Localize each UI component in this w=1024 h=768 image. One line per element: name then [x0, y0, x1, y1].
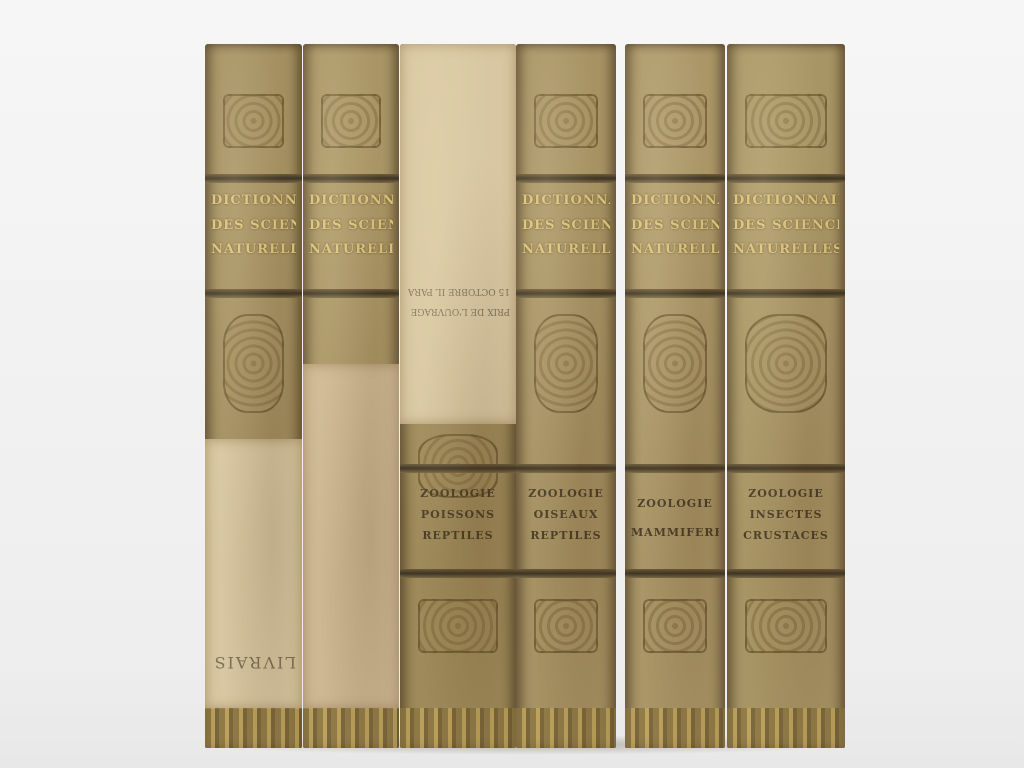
spine-band — [516, 289, 616, 298]
spine-ornament — [745, 599, 827, 653]
spine-foot — [625, 708, 725, 748]
spine-ornament — [643, 314, 707, 413]
book-spine-5: DICTIONNAIREDES SCIENCESNATURELLES ZOOLO… — [625, 44, 725, 748]
spine-ornament — [745, 94, 827, 148]
spine-title: DICTIONNAIREDES SCIENCESNATURELLES — [522, 189, 610, 263]
spine-ornament — [643, 599, 707, 653]
spine-title: DICTIONNAIREDES SCIENCESNATURELLES — [733, 189, 839, 263]
spine-ornament — [223, 94, 284, 148]
spine-ornament — [534, 314, 598, 413]
spine-band — [727, 464, 845, 473]
spine-band — [516, 464, 616, 473]
spine-title: DICTIONNAIREDES SCIENCESNATURELLES — [631, 189, 719, 263]
spine-foot — [727, 708, 845, 748]
spine-foot — [516, 708, 616, 748]
spine-subject: ZOOLOGIEINSECTESCRUSTACES — [733, 484, 839, 547]
spine-foot — [303, 708, 399, 748]
paper-label: PRIX DE L'OUVRAGE ENTIER 15 OCTOBRE IL P… — [400, 44, 516, 424]
spine-ornament — [534, 94, 598, 148]
spine-subject: ZOOLOGIEMAMMIFERES — [631, 494, 719, 544]
spine-band — [625, 174, 725, 183]
book-spine-2: DICTIONNDES SCIENCNATURELL — [303, 44, 399, 748]
spine-foot — [400, 708, 516, 748]
spine-band — [516, 174, 616, 183]
book-spine-3: PRIX DE L'OUVRAGE ENTIER 15 OCTOBRE IL P… — [400, 44, 516, 748]
spine-band — [303, 289, 399, 298]
book-spine-1: DICTIONNAIREDES SCIENCESNATURELLES LIVRA… — [205, 44, 302, 748]
spine-ornament — [745, 314, 827, 413]
spine-foot — [205, 708, 302, 748]
spine-title: DICTIONNAIREDES SCIENCESNATURELLES — [211, 189, 296, 263]
spine-ornament — [223, 314, 284, 413]
spine-band — [400, 464, 516, 473]
spine-band — [625, 464, 725, 473]
spine-ornament — [643, 94, 707, 148]
spine-band — [205, 289, 302, 298]
spine-subject: ZOOLOGIEOISEAUXREPTILES — [522, 484, 610, 547]
spine-title: DICTIONNDES SCIENCNATURELL — [309, 189, 393, 263]
book-spine-6: DICTIONNAIREDES SCIENCESNATURELLES ZOOLO… — [727, 44, 845, 748]
spine-band — [205, 174, 302, 183]
spine-band — [727, 569, 845, 578]
book-spine-4: DICTIONNAIREDES SCIENCESNATURELLES ZOOLO… — [516, 44, 616, 748]
spine-subject: ZOOLOGIEPOISSONSREPTILES — [406, 484, 510, 547]
spine-ornament — [418, 599, 498, 653]
spine-band — [400, 569, 516, 578]
spine-band — [727, 289, 845, 298]
exposed-boards — [303, 364, 399, 709]
paper-label: LIVRAISON — [205, 439, 302, 709]
spine-ornament — [534, 599, 598, 653]
spine-band — [625, 569, 725, 578]
spine-band — [727, 174, 845, 183]
spine-band — [303, 174, 399, 183]
spine-band — [625, 289, 725, 298]
spine-band — [516, 569, 616, 578]
spine-ornament — [321, 94, 381, 148]
